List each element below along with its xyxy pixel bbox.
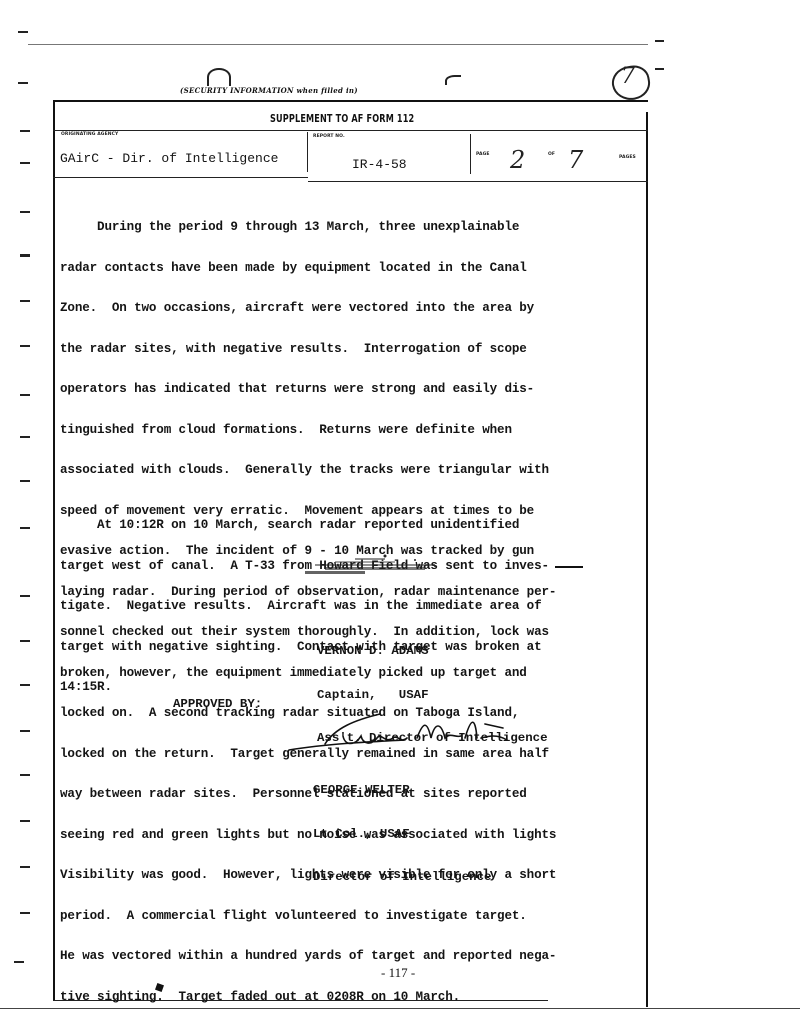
text-line: Zone. On two occasions, aircraft were ve… bbox=[60, 302, 650, 316]
text-line: He was vectored within a hundred yards o… bbox=[60, 950, 650, 964]
text-line: the radar sites, with negative results. … bbox=[60, 343, 650, 357]
handwritten-signature bbox=[285, 708, 525, 758]
text-line: associated with clouds. Generally the tr… bbox=[60, 464, 650, 478]
originating-agency: GAirC - Dir. of Intelligence bbox=[60, 151, 278, 166]
punch-mark bbox=[445, 75, 461, 85]
signer-title: Director of Intelligence bbox=[313, 870, 491, 885]
text-line: radar contacts have been made by equipme… bbox=[60, 262, 650, 276]
report-no-label: REPORT NO. bbox=[313, 134, 345, 139]
security-notice: (SECURITY INFORMATION when filled in) bbox=[180, 86, 358, 95]
signer-name: VERNON D. ADAMS bbox=[317, 644, 548, 659]
punch-mark bbox=[207, 68, 231, 86]
text-line: tigate. Negative results. Aircraft was i… bbox=[60, 600, 650, 614]
page-number: - 117 - bbox=[381, 965, 415, 981]
page-current: 2 bbox=[510, 146, 525, 174]
signer-name: GEORGE WELTER bbox=[313, 783, 491, 798]
circled-mark-text: 7 bbox=[621, 64, 635, 89]
report-number: IR-4-58 bbox=[352, 157, 407, 172]
text-line: During the period 9 through 13 March, th… bbox=[60, 221, 650, 235]
pages-label: PAGES bbox=[619, 155, 636, 160]
originating-agency-label: ORIGINATING AGENCY bbox=[61, 132, 118, 137]
scan-dash bbox=[555, 566, 583, 568]
header-divider bbox=[308, 181, 648, 182]
cell-divider bbox=[470, 134, 471, 174]
signature-block-welter: GEORGE WELTER Lt Col., USAF Director of … bbox=[313, 754, 491, 899]
signer-rank: Captain, USAF bbox=[317, 688, 548, 703]
page-label: PAGE bbox=[476, 152, 490, 157]
text-line: period. A commercial flight volunteered … bbox=[60, 910, 650, 924]
form-title: SUPPLEMENT TO AF FORM 112 bbox=[270, 112, 414, 125]
text-line: tive sighting. Target faded out at 0208R… bbox=[60, 991, 650, 1005]
text-line: operators has indicated that returns wer… bbox=[60, 383, 650, 397]
page-total: 7 bbox=[568, 146, 583, 174]
text-line: At 10:12R on 10 March, search radar repo… bbox=[60, 519, 650, 533]
header-divider bbox=[53, 177, 308, 178]
approved-by-label: APPROVED BY: bbox=[173, 697, 262, 712]
signer-rank: Lt Col., USAF bbox=[313, 827, 491, 842]
cell-divider bbox=[307, 132, 308, 172]
scan-top-line bbox=[28, 44, 648, 45]
text-line: tinguished from cloud formations. Return… bbox=[60, 424, 650, 438]
of-label: OF bbox=[548, 152, 555, 157]
ink-smudge bbox=[295, 552, 465, 582]
form-top-border bbox=[53, 100, 648, 102]
form-left-border bbox=[53, 101, 55, 1001]
title-divider bbox=[53, 130, 648, 131]
